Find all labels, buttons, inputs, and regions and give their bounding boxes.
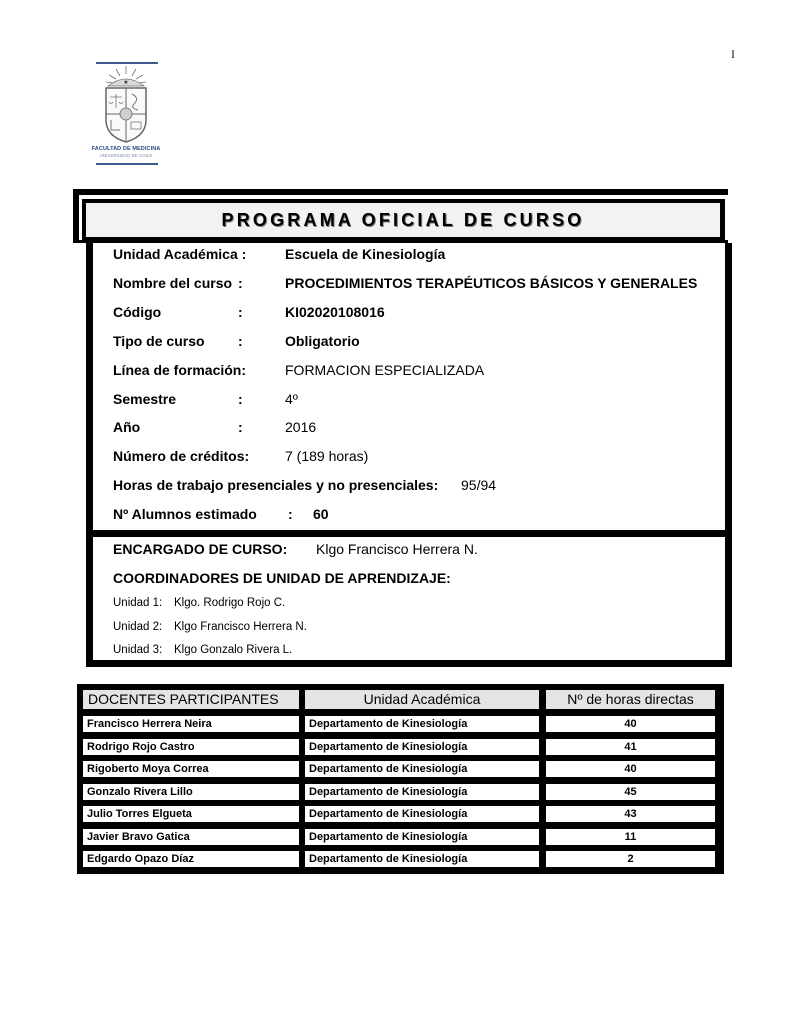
docente-unidad: Departamento de Kinesiología: [305, 851, 539, 867]
horas-value: 95/94: [461, 477, 496, 493]
encargado-label: ENCARGADO DE CURSO:: [113, 541, 287, 557]
info-label: Línea de formación:: [113, 362, 246, 378]
docente-name: Javier Bravo Gatica: [83, 829, 299, 845]
page-title: PROGRAMA OFICIAL DE CURSO: [86, 210, 720, 231]
encargado-value: Klgo Francisco Herrera N.: [316, 541, 478, 557]
docente-unidad: Departamento de Kinesiología: [305, 829, 539, 845]
title-frame-left: [73, 189, 79, 240]
docente-name: Francisco Herrera Neira: [83, 716, 299, 732]
info-colon: :: [238, 333, 243, 349]
docente-horas: 11: [546, 829, 715, 845]
info-value: FORMACION ESPECIALIZADA: [285, 362, 484, 378]
coordinator-unit: Unidad 1:: [113, 597, 162, 609]
title-box: PROGRAMA OFICIAL DE CURSO: [82, 199, 724, 241]
course-info-box: Número de créditos:7 (189 horas)Año:2016…: [86, 243, 732, 537]
logo-caption-university: UNIVERSIDAD DE CHILE: [88, 153, 164, 158]
info-colon: :: [238, 419, 243, 435]
coordinator-unit: Unidad 2:: [113, 621, 162, 633]
docente-unidad: Departamento de Kinesiología: [305, 784, 539, 800]
info-label: Año: [113, 419, 140, 435]
coordinadores-heading: COORDINADORES DE UNIDAD DE APRENDIZAJE:: [113, 570, 451, 586]
column-header-docentes: DOCENTES PARTICIPANTES: [83, 690, 299, 709]
info-label: Número de créditos:: [113, 448, 249, 464]
info-colon: :: [238, 304, 243, 320]
docente-name: Julio Torres Elgueta: [83, 806, 299, 822]
info-label: Unidad Académica :: [113, 246, 246, 262]
title-frame-top: [73, 189, 728, 195]
info-value: 2016: [285, 419, 316, 435]
column-header-unidad: Unidad Académica: [305, 690, 539, 709]
info-label: Nombre del curso: [113, 275, 232, 291]
docente-horas: 40: [546, 716, 715, 732]
docente-unidad: Departamento de Kinesiología: [305, 716, 539, 732]
docente-unidad: Departamento de Kinesiología: [305, 761, 539, 777]
docente-horas: 2: [546, 851, 715, 867]
info-value: PROCEDIMIENTOS TERAPÉUTICOS BÁSICOS Y GE…: [285, 275, 697, 291]
alumnos-label: Nº Alumnos estimado: [113, 506, 257, 522]
docente-horas: 40: [546, 761, 715, 777]
page-number: I: [731, 47, 735, 62]
info-value: Obligatorio: [285, 333, 360, 349]
alumnos-colon: :: [288, 506, 293, 522]
docente-name: Rodrigo Rojo Castro: [83, 739, 299, 755]
logo-caption-faculty: FACULTAD DE MEDICINA: [88, 146, 164, 152]
info-label: Tipo de curso: [113, 333, 205, 349]
info-value: Escuela de Kinesiología: [285, 246, 445, 262]
column-header-horas: Nº de horas directas: [546, 690, 715, 709]
docentes-table: DOCENTES PARTICIPANTES Unidad Académica …: [77, 684, 724, 874]
svg-text:★: ★: [123, 79, 128, 86]
title-frame-right: [722, 199, 725, 241]
info-value: 7 (189 horas): [285, 448, 368, 464]
docente-name: Edgardo Opazo Díaz: [83, 851, 299, 867]
coordinator-name: Klgo Gonzalo Rivera L.: [174, 644, 292, 656]
coordinator-name: Klgo Francisco Herrera N.: [174, 621, 307, 633]
info-colon: :: [238, 391, 243, 407]
info-label: Semestre: [113, 391, 176, 407]
coordinator-name: Klgo. Rodrigo Rojo C.: [174, 597, 285, 609]
info-label: Código: [113, 304, 161, 320]
info-value: KI02020108016: [285, 304, 385, 320]
info-colon: :: [238, 275, 243, 291]
docente-horas: 41: [546, 739, 715, 755]
docente-horas: 43: [546, 806, 715, 822]
docente-name: Rigoberto Moya Correa: [83, 761, 299, 777]
docente-horas: 45: [546, 784, 715, 800]
info-value: 4º: [285, 391, 298, 407]
alumnos-value: 60: [313, 506, 329, 522]
docente-name: Gonzalo Rivera Lillo: [83, 784, 299, 800]
logo-bottom-rule: [96, 163, 158, 165]
course-staff-box: ENCARGADO DE CURSO: Klgo Francisco Herre…: [86, 537, 732, 667]
coordinator-unit: Unidad 3:: [113, 644, 162, 656]
docente-unidad: Departamento de Kinesiología: [305, 806, 539, 822]
horas-label: Horas de trabajo presenciales y no prese…: [113, 477, 438, 493]
docente-unidad: Departamento de Kinesiología: [305, 739, 539, 755]
